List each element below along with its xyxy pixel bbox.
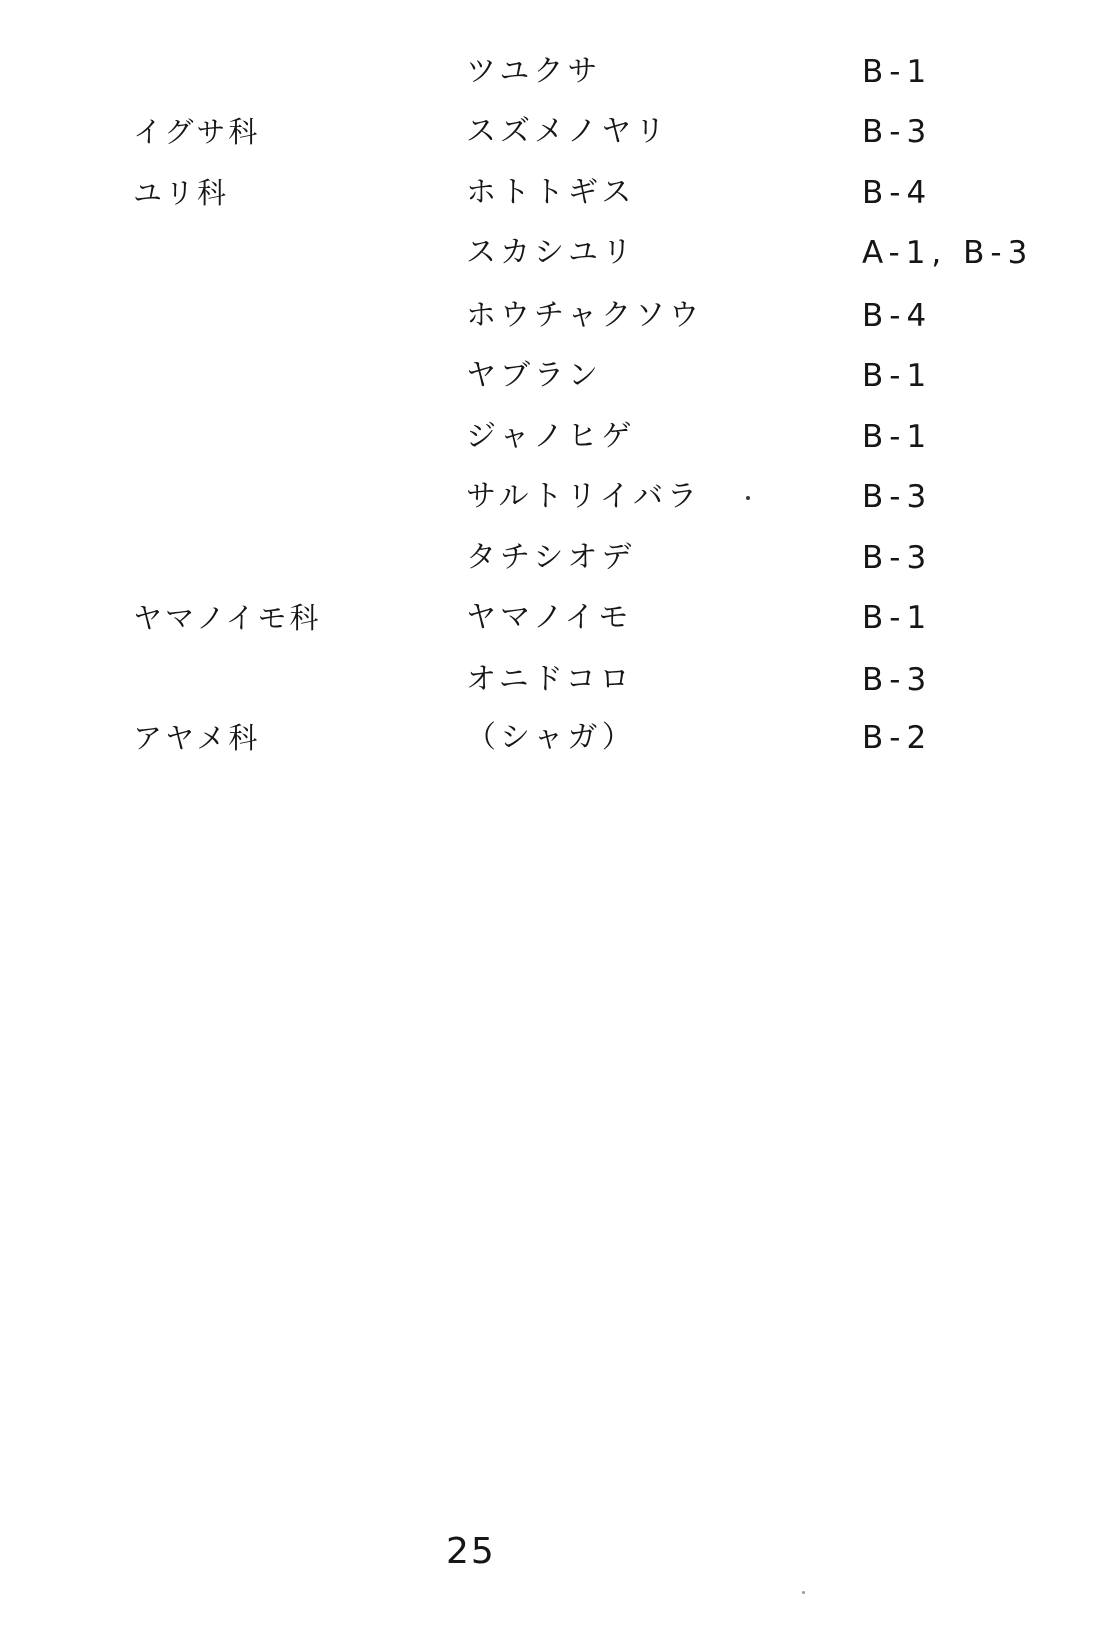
family-name: イグサ科: [133, 102, 260, 162]
grid-code: B-4: [862, 286, 932, 346]
grid-code: B-1: [862, 42, 932, 102]
scanned-document-page: ツユクサ B-1 イグサ科 スズメノヤリ B-3 ユリ科 ホトトギス B-4 ス…: [0, 0, 1100, 1628]
species-name: スカシユリ: [466, 223, 636, 283]
ink-speck: [746, 496, 750, 500]
family-name: ユリ科: [133, 163, 229, 223]
species-name: （シャガ）: [466, 708, 636, 768]
species-name: ホトトギス: [466, 163, 635, 223]
table-row: ホウチャクソウ B-4: [0, 286, 1100, 346]
species-name: スズメノヤリ: [466, 102, 669, 162]
table-row: タチシオデ B-3: [0, 528, 1100, 588]
table-row: ジャノヒゲ B-1: [0, 407, 1100, 467]
table-row: イグサ科 スズメノヤリ B-3: [0, 102, 1100, 162]
species-name: ヤマノイモ: [466, 588, 632, 648]
grid-code: B-1: [862, 346, 932, 406]
species-name: ヤブラン: [466, 346, 602, 406]
family-name: ヤマノイモ科: [133, 588, 322, 648]
table-row: ヤブラン B-1: [0, 346, 1100, 406]
species-name: オニドコロ: [466, 650, 634, 710]
grid-code: B-3: [862, 650, 932, 710]
grid-code: B-2: [862, 708, 932, 768]
table-row: スカシユリ A-1, B-3: [0, 223, 1100, 283]
grid-code: B-3: [862, 102, 932, 162]
table-row: ツユクサ B-1: [0, 42, 1100, 102]
table-row: オニドコロ B-3: [0, 650, 1100, 710]
grid-code: B-3: [862, 467, 932, 527]
table-row: ユリ科 ホトトギス B-4: [0, 163, 1100, 223]
grid-code: B-3: [862, 528, 932, 588]
species-name: タチシオデ: [466, 528, 635, 588]
table-row: アヤメ科 （シャガ） B-2: [0, 708, 1100, 768]
table-row: サルトリイバラ B-3: [0, 467, 1100, 527]
grid-code: B-1: [862, 407, 932, 467]
grid-code: B-1: [862, 588, 932, 648]
species-name: サルトリイバラ: [466, 467, 701, 527]
species-name: ホウチャクソウ: [466, 286, 703, 346]
table-row: ヤマノイモ科 ヤマノイモ B-1: [0, 588, 1100, 648]
family-name: アヤメ科: [133, 708, 260, 768]
species-name: ツユクサ: [466, 42, 601, 102]
grid-code: B-4: [862, 163, 932, 223]
species-name: ジャノヒゲ: [466, 407, 635, 467]
ink-speck: [802, 1591, 805, 1594]
page-number: 25: [446, 1530, 496, 1574]
grid-code: A-1, B-3: [862, 223, 1033, 283]
